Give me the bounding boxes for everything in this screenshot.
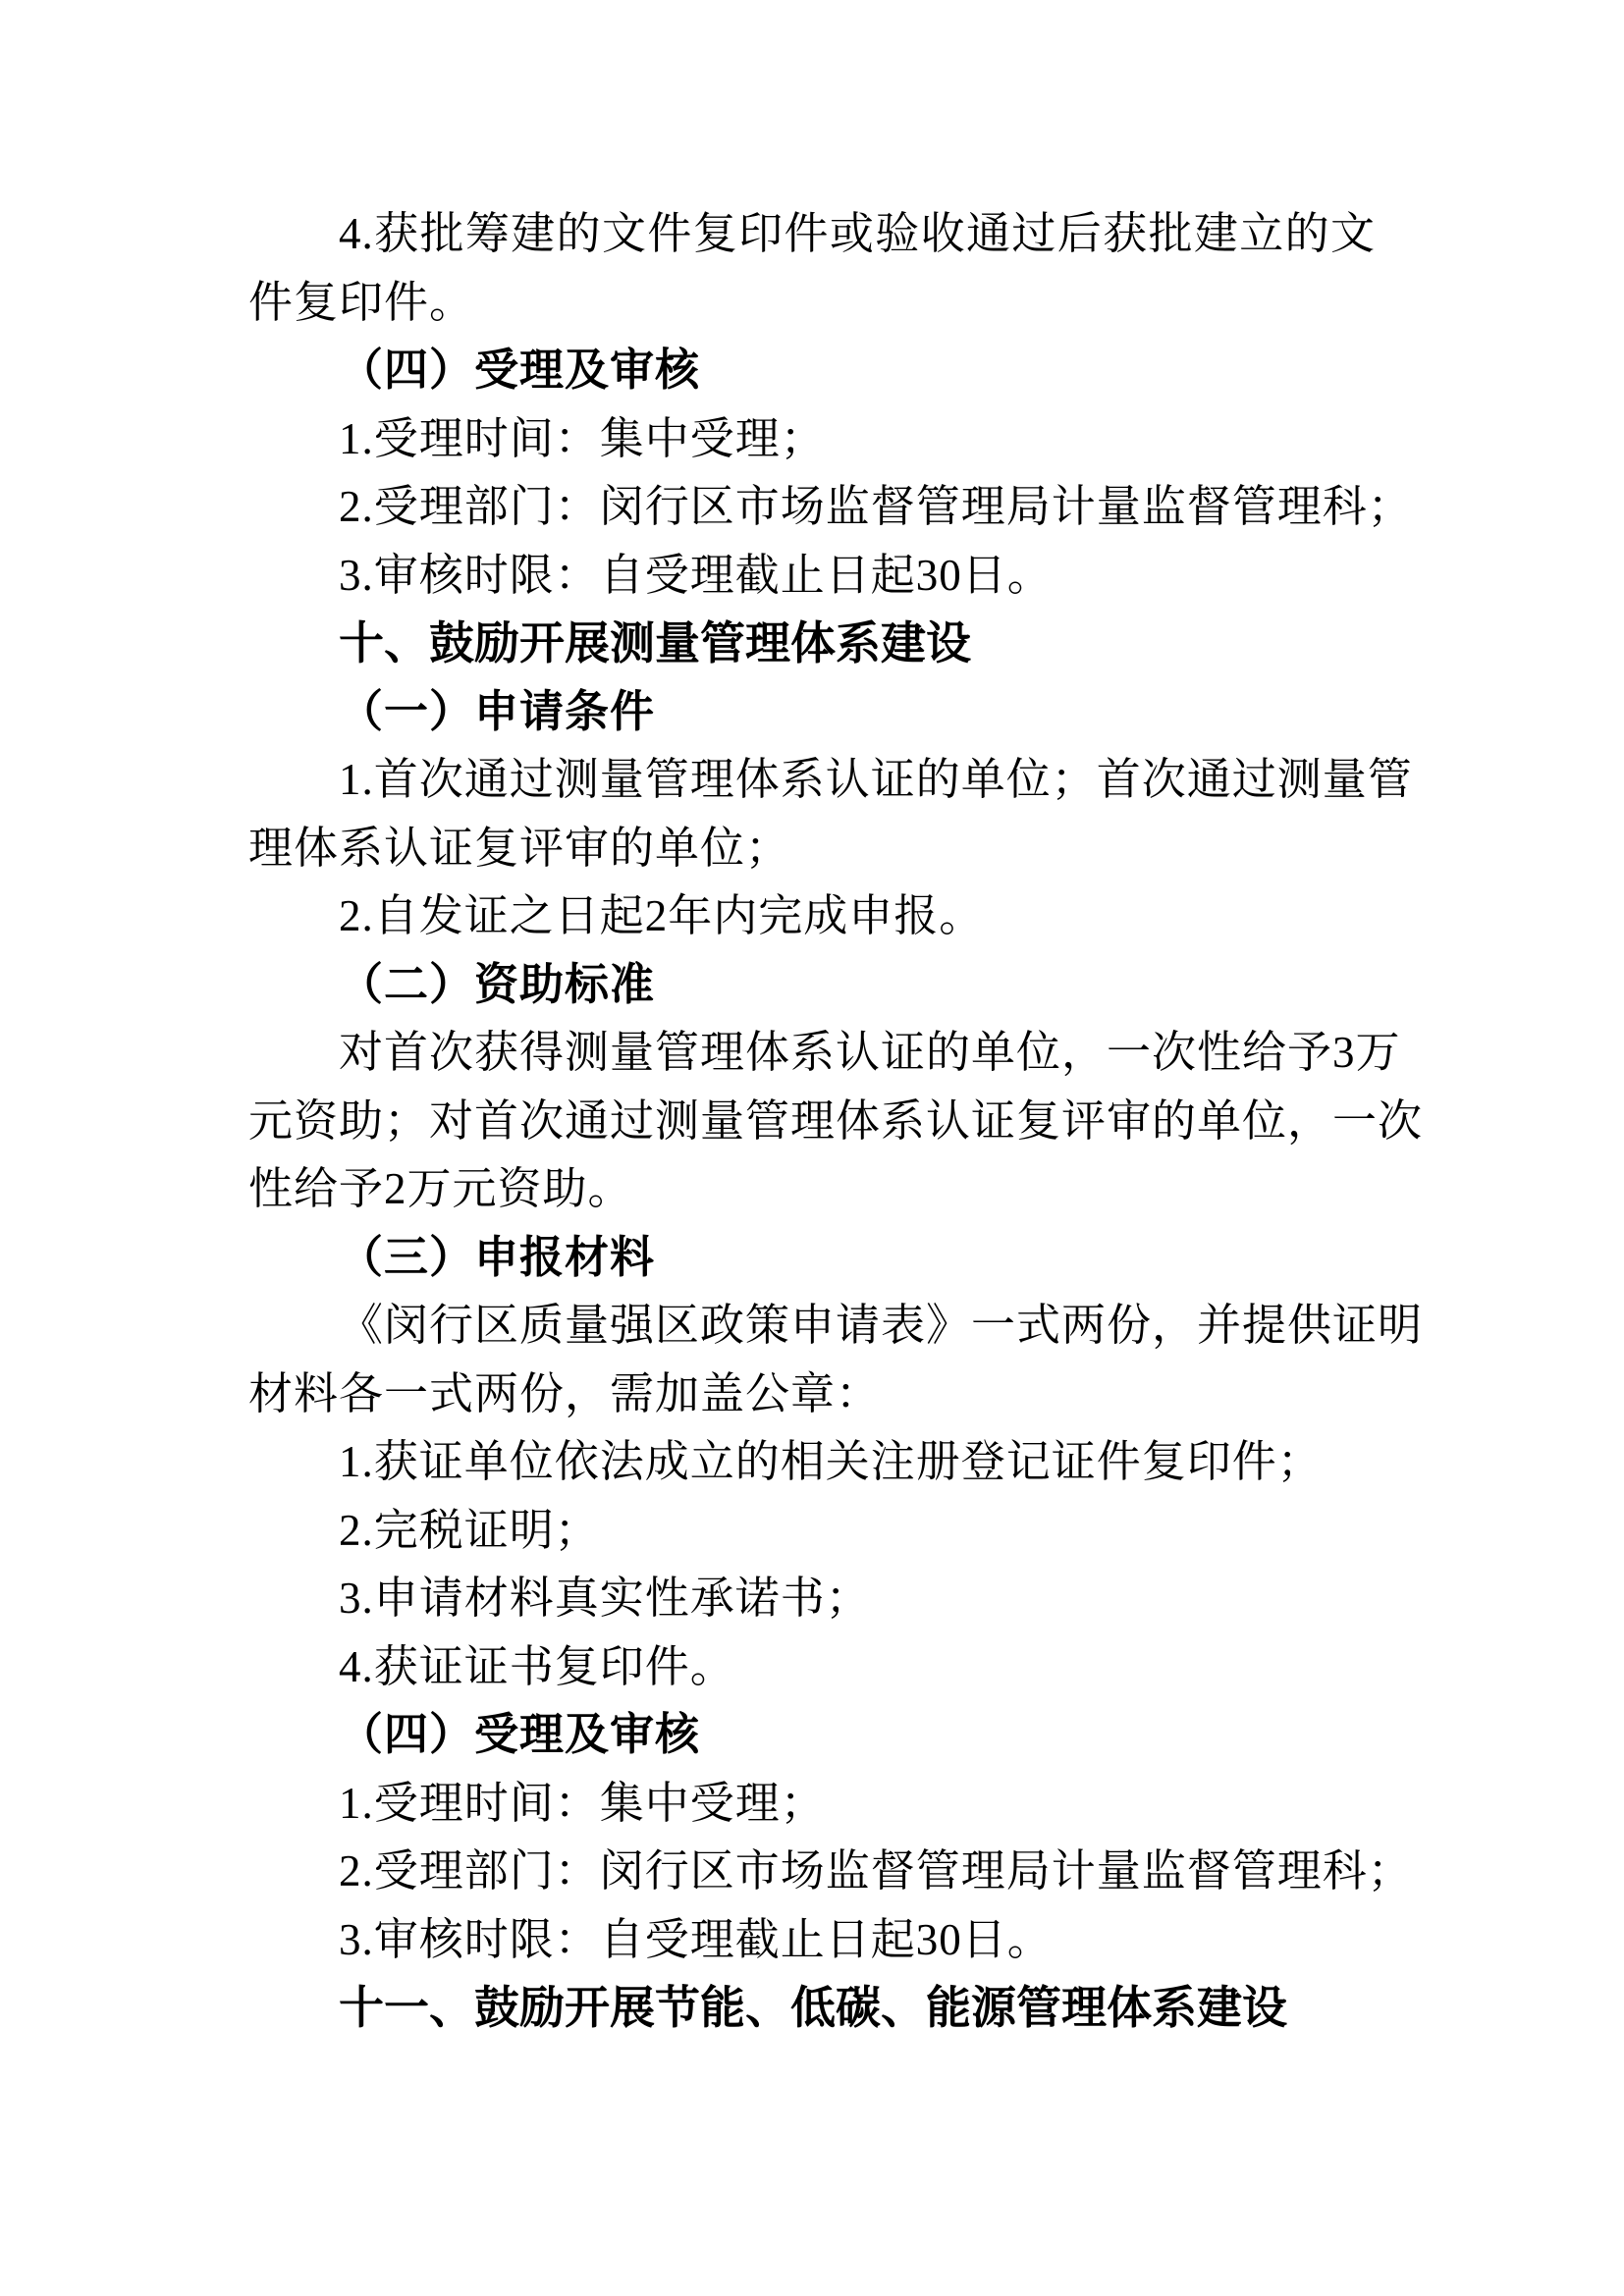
subsection-heading: （四）受理及审核 <box>248 337 1376 405</box>
body-line: 2.完税证明； <box>248 1497 1376 1566</box>
body-line: 3.申请材料真实性承诺书； <box>248 1565 1376 1633</box>
body-line: 3.审核时限：自受理截止日起30日。 <box>248 542 1376 611</box>
body-line: 4.获证证书复印件。 <box>248 1633 1376 1702</box>
body-line: 元资助；对首次通过测量管理体系认证复评审的单位，一次 <box>248 1088 1376 1156</box>
subsection-heading: （二）资助标准 <box>248 951 1376 1020</box>
document-text-block: 4.获批筹建的文件复印件或验收通过后获批建立的文 件复印件。 （四）受理及审核 … <box>248 200 1376 2043</box>
body-line: 理体系认证复评审的单位； <box>248 815 1376 883</box>
chapter-heading-11: 十一、鼓励开展节能、低碳、能源管理体系建设 <box>248 1974 1376 2043</box>
body-line: 1.获证单位依法成立的相关注册登记证件复印件； <box>248 1428 1376 1497</box>
subsection-heading: （四）受理及审核 <box>248 1701 1376 1770</box>
body-line: 材料各一式两份，需加盖公章： <box>248 1361 1376 1429</box>
body-line: 1.受理时间：集中受理； <box>248 405 1376 474</box>
body-line: 1.受理时间：集中受理； <box>248 1770 1376 1839</box>
subsection-heading: （三）申报材料 <box>248 1224 1376 1293</box>
body-line: 3.审核时限：自受理截止日起30日。 <box>248 1906 1376 1975</box>
subsection-heading: （一）申请条件 <box>248 678 1376 747</box>
body-line: 对首次获得测量管理体系认证的单位，一次性给予3万 <box>248 1019 1376 1088</box>
body-line: 《闵行区质量强区政策申请表》一式两份，并提供证明 <box>248 1292 1376 1361</box>
chapter-heading-10: 十、鼓励开展测量管理体系建设 <box>248 610 1376 678</box>
body-line: 2.受理部门：闵行区市场监督管理局计量监督管理科； <box>248 1838 1376 1906</box>
body-line: 1.首次通过测量管理体系认证的单位；首次通过测量管 <box>248 746 1376 815</box>
scanned-document-page: { "page": { "background_color": "#ffffff… <box>0 0 1624 2296</box>
body-line: 2.受理部门：闵行区市场监督管理局计量监督管理科； <box>248 473 1376 542</box>
body-line: 4.获批筹建的文件复印件或验收通过后获批建立的文 <box>248 200 1376 269</box>
body-line: 2.自发证之日起2年内完成申报。 <box>248 882 1376 951</box>
body-line: 性给予2万元资助。 <box>248 1155 1376 1224</box>
body-line: 件复印件。 <box>248 269 1376 338</box>
